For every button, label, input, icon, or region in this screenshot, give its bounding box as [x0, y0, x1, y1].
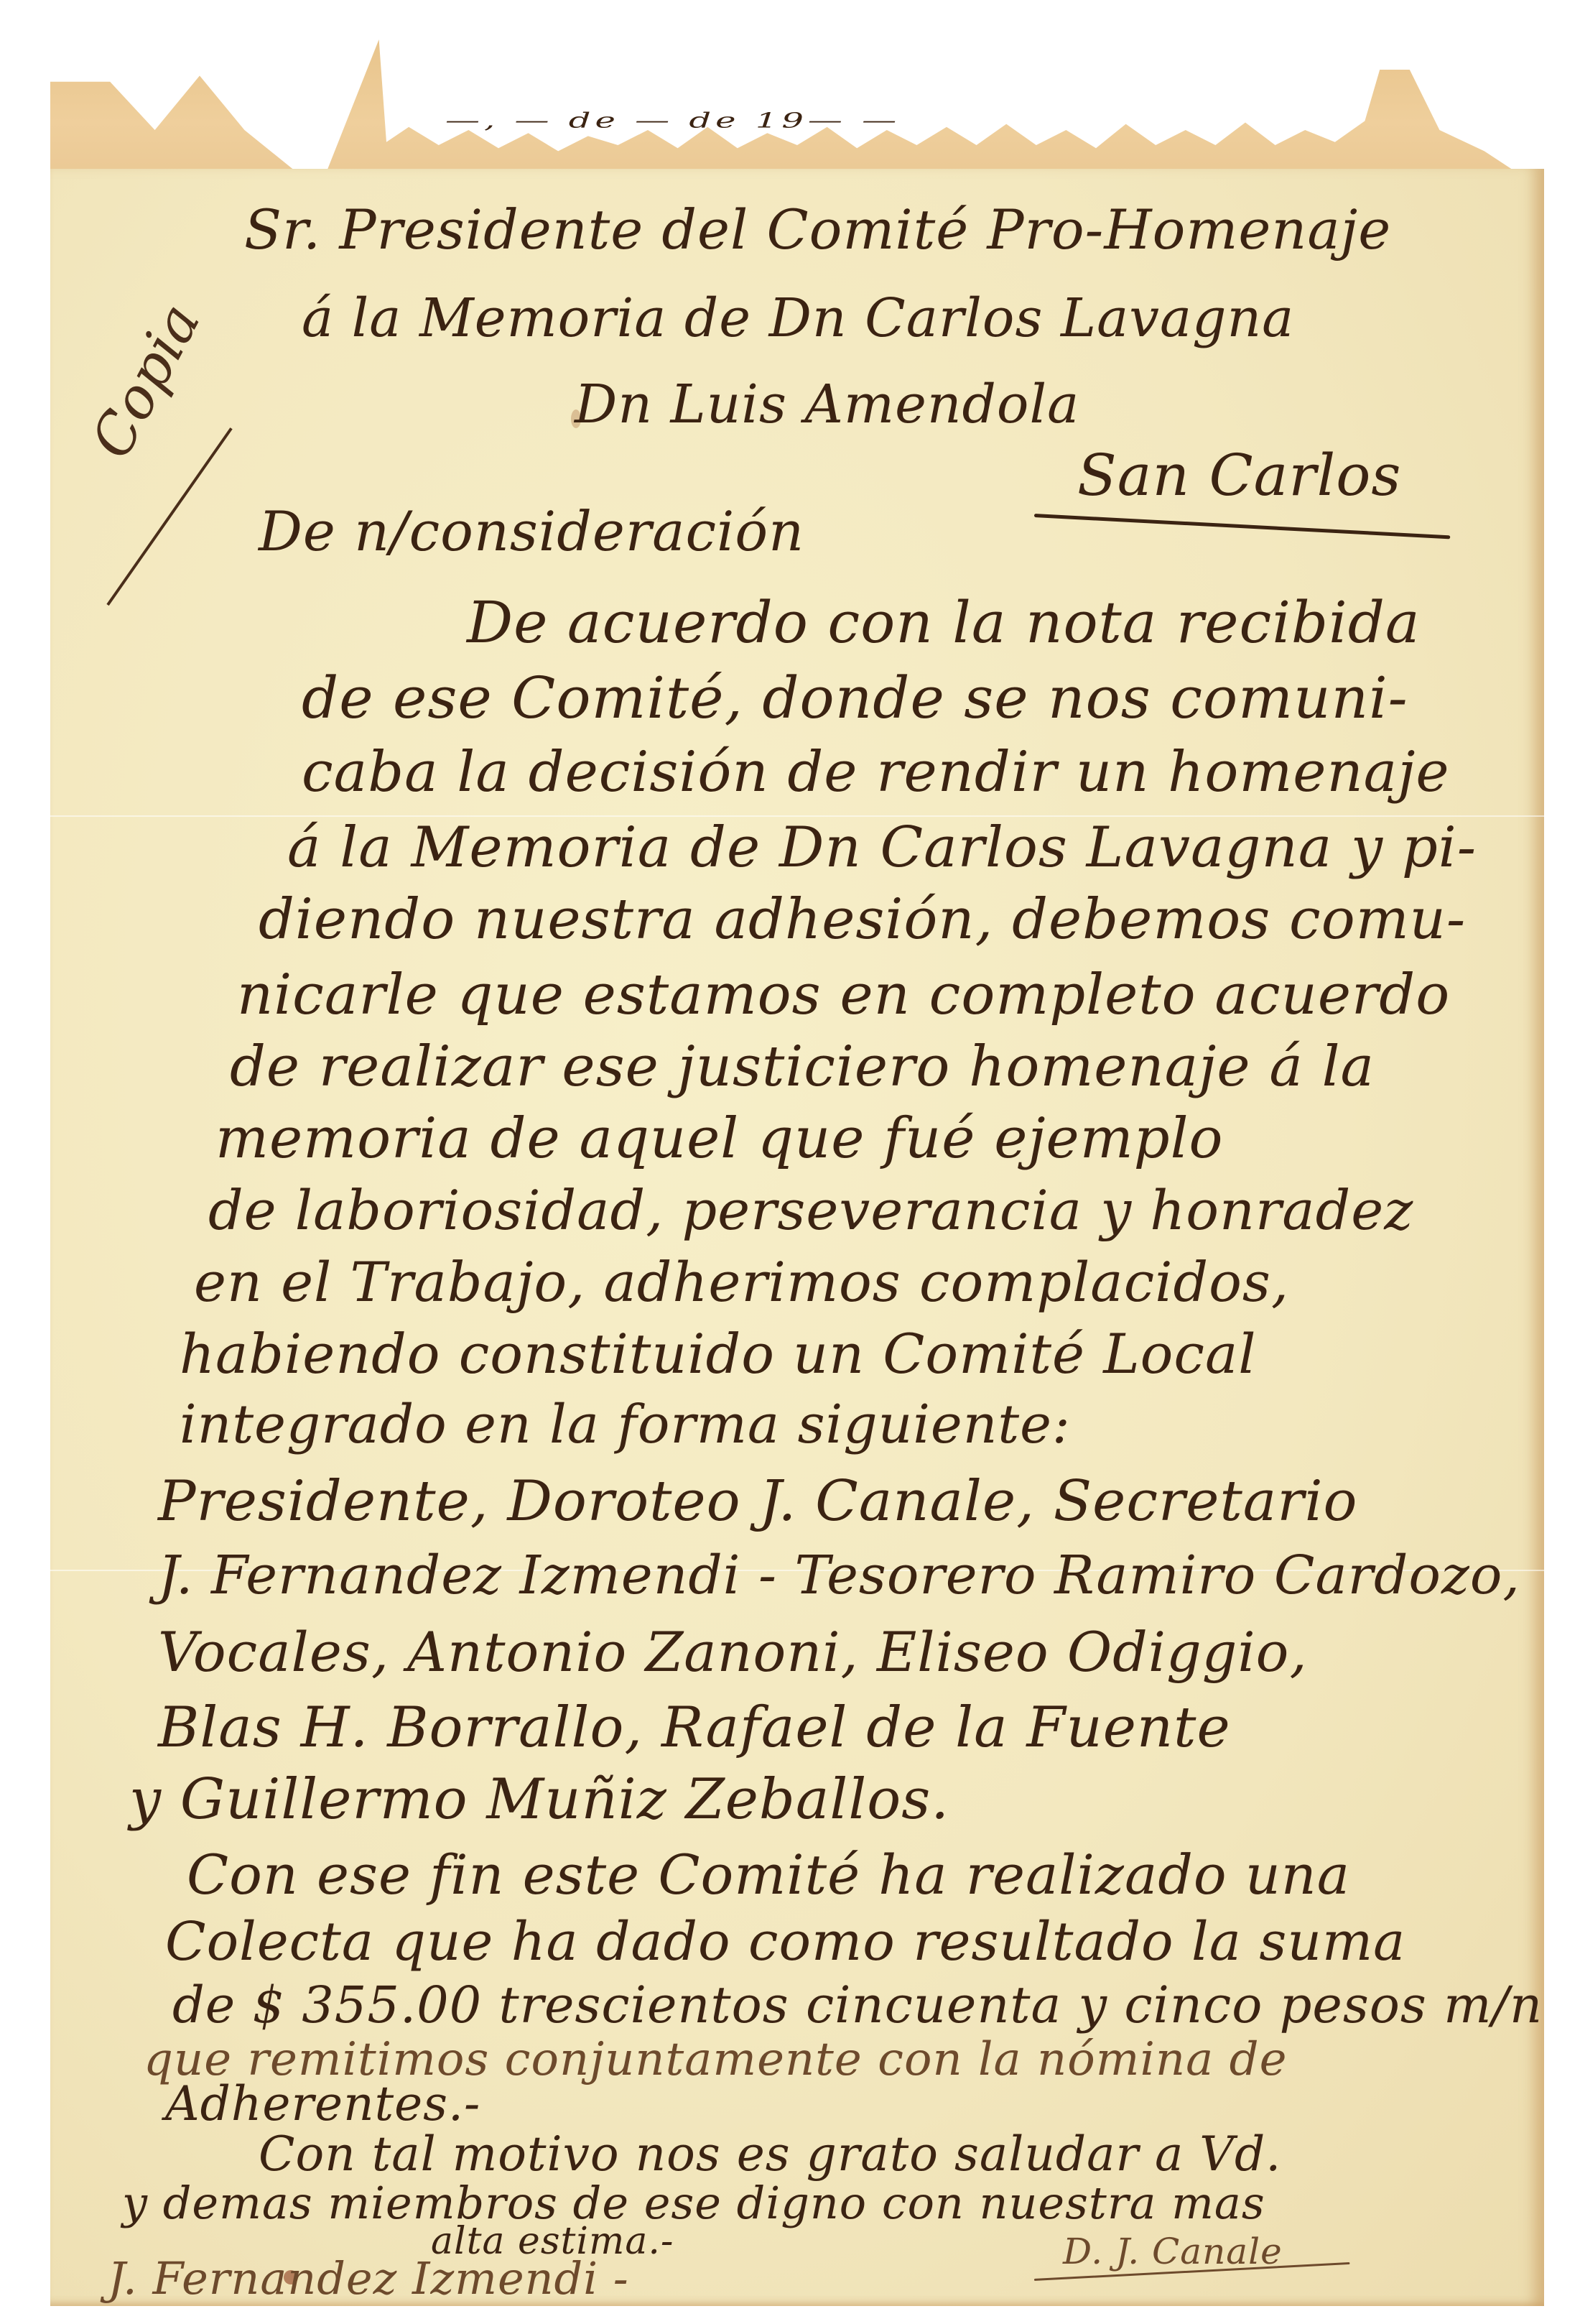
committee-line: y Guillermo Muñiz Zeballos.: [129, 1767, 949, 1832]
committee-line: Blas H. Borrallo, Rafael de la Fuente: [158, 1695, 1231, 1760]
committee-line: J. Fernandez Izmendi - Tesorero Ramiro C…: [158, 1545, 1520, 1606]
body-line: memoria de aquel que fué ejemplo: [215, 1106, 1224, 1171]
torn-header-fragment: —, — de — de 19— —: [445, 108, 901, 133]
closing-line: y demas miembros de ese digno con nuestr…: [122, 2177, 1265, 2229]
body-line: Con ese fin este Comité ha realizado una: [187, 1843, 1350, 1907]
closing-line: Con tal motivo nos es grato saludar a Vd…: [259, 2126, 1281, 2182]
body-line: de ese Comité, donde se nos comuni-: [302, 665, 1408, 731]
addressee-line-2: á la Memoria de Dn Carlos Lavagna: [302, 287, 1294, 349]
body-line: Adherentes.-: [165, 2076, 480, 2131]
body-line: á la Memoria de Dn Carlos Lavagna y pi-: [287, 815, 1477, 880]
amount-line: de $ 355.00 trescientos cincuenta y cinc…: [172, 1976, 1543, 2034]
body-line: nicarle que estamos en completo acuerdo: [237, 963, 1450, 1027]
committee-line: Presidente, Doroteo J. Canale, Secretari…: [158, 1469, 1358, 1534]
addressee-line-1: Sr. Presidente del Comité Pro-Homenaje: [244, 198, 1391, 261]
body-line: diendo nuestra adhesión, debemos comu-: [259, 887, 1466, 952]
signature-fernandez: J. Fernandez Izmendi -: [108, 2252, 629, 2305]
body-line: de realizar ese justiciero homenaje á la: [230, 1034, 1375, 1099]
committee-line: Vocales, Antonio Zanoni, Eliseo Odiggio,: [158, 1620, 1308, 1684]
salutation: De n/consideración: [259, 499, 804, 563]
body-line: de laboriosidad, perseverancia y honrade…: [208, 1178, 1413, 1242]
body-line: integrado en la forma siguiente:: [180, 1394, 1071, 1455]
body-line: en el Trabajo, adherimos complacidos,: [194, 1250, 1289, 1314]
addressee-city: San Carlos: [1077, 442, 1401, 509]
body-line: De acuerdo con la nota recibida: [467, 589, 1421, 656]
signature-canale: D. J. Canale: [1063, 2231, 1283, 2272]
body-line: caba la decisión de rendir un homenaje: [302, 740, 1450, 805]
body-line: Colecta que ha dado como resultado la su…: [165, 1911, 1405, 1973]
addressee-line-3: Dn Luis Amendola: [575, 374, 1079, 435]
body-line: habiendo constituido un Comité Local: [180, 1322, 1257, 1386]
